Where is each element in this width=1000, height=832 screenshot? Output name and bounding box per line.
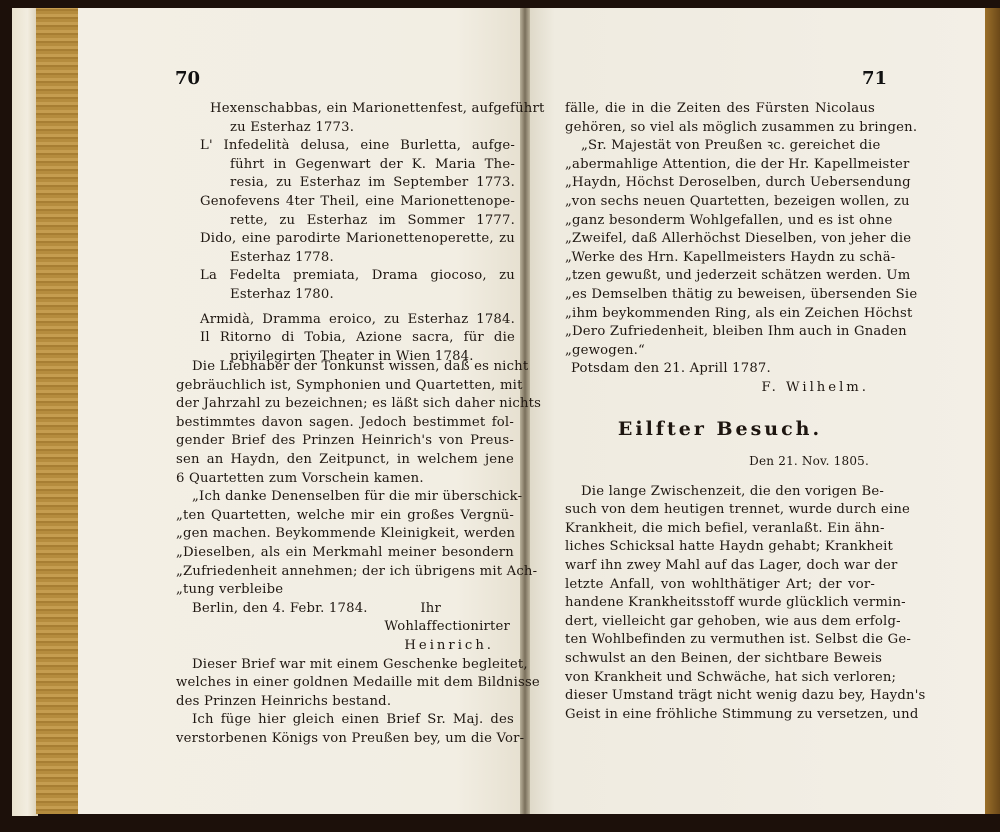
text-line: Dieser Brief war mit einem Geschenke beg… <box>176 656 514 675</box>
letter-line: „ganz besonderm Wohlgefallen, und es ist… <box>565 212 875 231</box>
text-line: gebräuchlich ist, Symphonien und Quartet… <box>176 377 514 396</box>
text-line: Krankheit, die mich befiel, veranlaßt. E… <box>565 520 875 539</box>
text-line: Ich füge hier gleich einen Brief Sr. Maj… <box>176 711 514 730</box>
text-line: Die lange Zwischenzeit, die den vorigen … <box>565 483 875 502</box>
text-line: bestimmtes davon sagen. Jedoch bestimmet… <box>176 414 514 433</box>
book-binding-strip <box>36 8 78 814</box>
right-page-text: fälle, die in die Zeiten des Fürsten Nic… <box>565 100 875 724</box>
text-line: fälle, die in die Zeiten des Fürsten Nic… <box>565 100 875 119</box>
text-line: dieser Umstand trägt nicht wenig dazu be… <box>565 687 875 706</box>
text-line: welches in einer goldnen Medaille mit de… <box>176 674 514 693</box>
page-number-right: 71 <box>862 68 887 89</box>
text-line: handene Krankheitsstoff wurde glücklich … <box>565 594 875 613</box>
letter-signoff-closing: Wohlaffectionirter <box>176 618 514 637</box>
letter-signoff-name: Heinrich. <box>176 637 514 656</box>
text-line: Dido, eine parodirte Marionettenoperette… <box>200 230 515 249</box>
letter-line: „tung verbleibe <box>176 581 514 600</box>
left-page-prose: Die Liebhaber der Tonkunst wissen, daß e… <box>176 358 514 748</box>
text-line: liches Schicksal hatte Haydn gehabt; Kra… <box>565 538 875 557</box>
text-line: La Fedelta premiata, Drama giocoso, zu <box>200 267 515 286</box>
text-line: Esterhaz 1780. <box>210 286 515 305</box>
letter-signoff-place-date: Potsdam den 21. Aprill 1787. <box>565 360 875 379</box>
text-line: von Krankheit und Schwäche, hat sich ver… <box>565 669 875 688</box>
chapter-heading: Eilfter Besuch. <box>565 420 875 439</box>
text-line: ten Wohlbefinden zu vermuthen ist. Selbs… <box>565 631 875 650</box>
text-line: resia, zu Esterhaz im September 1773. <box>210 174 515 193</box>
letter-signoff-name: F. Wilhelm. <box>565 379 875 398</box>
letter-line: „abermahlige Attention, die der Hr. Kape… <box>565 156 875 175</box>
letter-line: „gen machen. Beykommende Kleinigkeit, we… <box>176 525 514 544</box>
text-line: zu Esterhaz 1773. <box>210 119 515 138</box>
letter-line: „es Demselben thätig zu beweisen, überse… <box>565 286 875 305</box>
letter-line: „gewogen.“ <box>565 342 875 361</box>
text-line: warf ihn zwey Mahl auf das Lager, doch w… <box>565 557 875 576</box>
text-line: Geist in eine fröhliche Stimmung zu vers… <box>565 706 875 725</box>
text-line: Armidà, Dramma eroico, zu Esterhaz 1784. <box>200 311 515 330</box>
letter-line: „Dieselben, als ein Merkmahl meiner beso… <box>176 544 514 563</box>
page-number-left: 70 <box>175 68 200 89</box>
text-line: Hexenschabbas, ein Marionettenfest, aufg… <box>210 100 515 119</box>
text-line: dert, vielleicht gar gehoben, wie aus de… <box>565 613 875 632</box>
text-line: des Prinzen Heinrichs bestand. <box>176 693 514 712</box>
text-line: schwulst an den Beinen, der sichtbare Be… <box>565 650 875 669</box>
page-edges-left <box>12 8 38 816</box>
text-line: 6 Quartetten zum Vorschein kamen. <box>176 470 514 489</box>
text-line: letzte Anfall, von wohlthätiger Art; der… <box>565 576 875 595</box>
letter-line: „Zufriedenheit annehmen; der ich übrigen… <box>176 563 514 582</box>
text-line: rette, zu Esterhaz im Sommer 1777. <box>210 212 515 231</box>
text-line: führt in Gegenwart der K. Maria The- <box>210 156 515 175</box>
letter-line: „ten Quartetten, welche mir ein großes V… <box>176 507 514 526</box>
text-line: der Jahrzahl zu bezeichnen; es läßt sich… <box>176 395 514 414</box>
letter-line: „Haydn, Höchst Deroselben, durch Ueberse… <box>565 174 875 193</box>
letter-line: „ihm beykommenden Ring, als ein Zeichen … <box>565 305 875 324</box>
letter-line: „Werke des Hrn. Kapellmeisters Haydn zu … <box>565 249 875 268</box>
letter-line: „tzen gewußt, und jederzeit schätzen wer… <box>565 267 875 286</box>
letter-line: „von sechs neuen Quartetten, bezeigen wo… <box>565 193 875 212</box>
left-page-text: Hexenschabbas, ein Marionettenfest, aufg… <box>210 100 515 366</box>
letter-line: „Sr. Majestät von Preußen ꝛc. gereichet … <box>565 137 875 156</box>
text-line: Die Liebhaber der Tonkunst wissen, daß e… <box>176 358 514 377</box>
text-line: such von dem heutigen trennet, wurde dur… <box>565 501 875 520</box>
text-line: gender Brief des Prinzen Heinrich's von … <box>176 432 514 451</box>
letter-signoff-date: Berlin, den 4. Febr. 1784. Ihr <box>176 600 514 619</box>
text-line: verstorbenen Königs von Preußen bey, um … <box>176 730 514 749</box>
text-line: Il Ritorno di Tobia, Azione sacra, für d… <box>200 329 515 348</box>
letter-line: „Ich danke Denenselben für die mir übers… <box>176 488 514 507</box>
chapter-date: Den 21. Nov. 1805. <box>565 452 875 471</box>
text-line: Esterhaz 1778. <box>210 249 515 268</box>
text-line: Genofevens 4ter Theil, eine Marionetteno… <box>200 193 515 212</box>
text-line: sen an Haydn, den Zeitpunct, in welchem … <box>176 451 514 470</box>
text-line: L' Infedelità delusa, eine Burletta, auf… <box>200 137 515 156</box>
letter-line: „Dero Zufriedenheit, bleiben Ihm auch in… <box>565 323 875 342</box>
cover-edge-right <box>985 8 1000 814</box>
text-line: gehören, so viel als möglich zusammen zu… <box>565 119 875 138</box>
book-gutter <box>520 8 530 814</box>
letter-line: „Zweifel, daß Allerhöchst Dieselben, von… <box>565 230 875 249</box>
